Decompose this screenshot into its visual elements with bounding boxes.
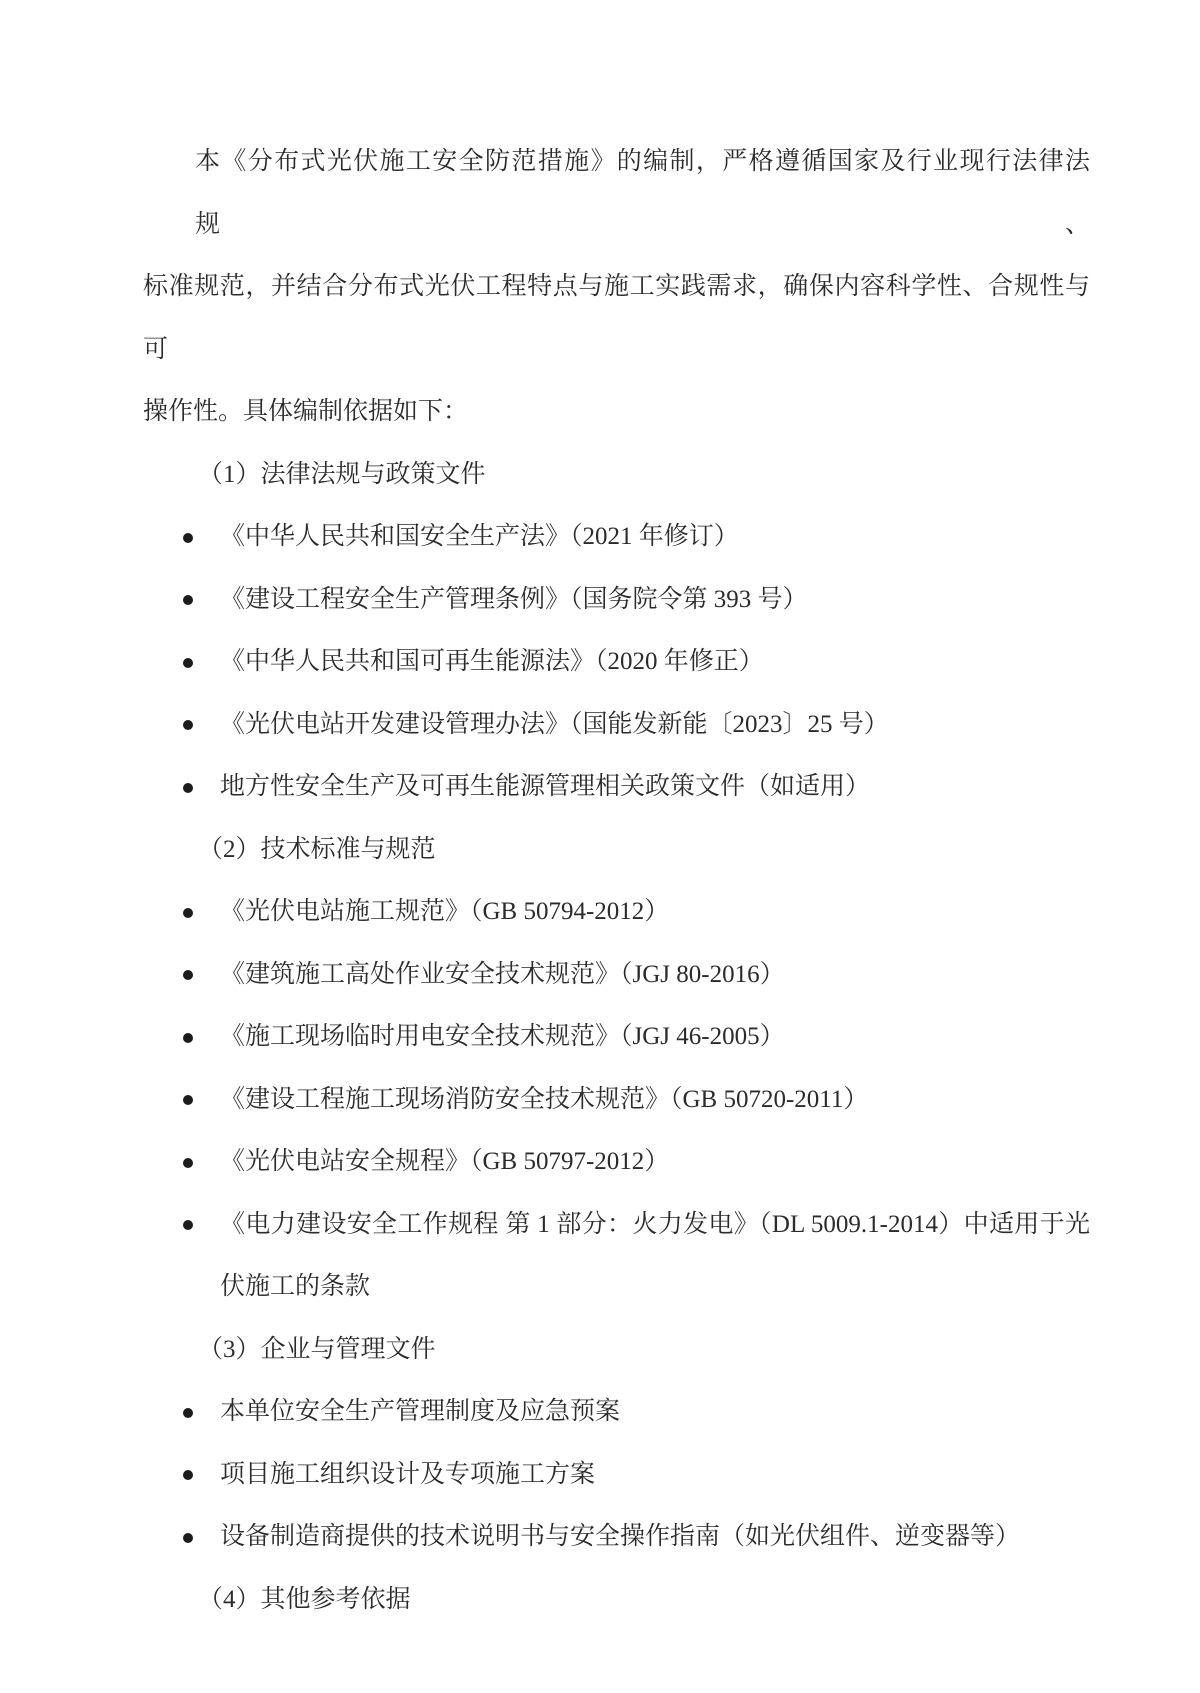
list-item: 《光伏电站安全规程》（GB 50797-2012） [143, 1131, 1090, 1194]
list-item: 地方性安全生产及可再生能源管理相关政策文件（如适用） [143, 756, 1090, 819]
bullet-icon [183, 1095, 193, 1105]
bullet-icon [183, 1220, 193, 1230]
list-item-text: 《光伏电站施工规范》（GB 50794-2012） [220, 881, 1090, 944]
list-item-text: 《电力建设安全工作规程 第 1 部分：火力发电》（DL 5009.1-2014）… [220, 1194, 1090, 1319]
list-item: 《施工现场临时用电安全技术规范》（JGJ 46-2005） [143, 1006, 1090, 1069]
list-item-text: 《施工现场临时用电安全技术规范》（JGJ 46-2005） [220, 1006, 1090, 1069]
list-item-text: 设备制造商提供的技术说明书与安全操作指南（如光伏组件、逆变器等） [220, 1506, 1090, 1569]
bullet-icon [183, 1158, 193, 1168]
bullet-icon [183, 720, 193, 730]
document-viewer: { "document": { "colors": { "background"… [0, 0, 1200, 1693]
intro-paragraph-line-2: 标准规范，并结合分布式光伏工程特点与施工实践需求，确保内容科学性、合规性与可 [143, 256, 1090, 381]
list-item-text: 《光伏电站安全规程》（GB 50797-2012） [220, 1131, 1090, 1194]
document-content: 本《分布式光伏施工安全防范措施》的编制，严格遵循国家及行业现行法律法规、 标准规… [143, 131, 1090, 1631]
list-item: 《建筑施工高处作业安全技术规范》（JGJ 80-2016） [143, 944, 1090, 1007]
bullet-icon [183, 1033, 193, 1043]
section-heading-legal: （1）法律法规与政策文件 [143, 444, 1090, 507]
list-item: 项目施工组织设计及专项施工方案 [143, 1444, 1090, 1507]
list-item: 本单位安全生产管理制度及应急预案 [143, 1381, 1090, 1444]
bullet-icon [183, 1408, 193, 1418]
list-item: 《中华人民共和国可再生能源法》（2020 年修正） [143, 631, 1090, 694]
list-item-text: 《中华人民共和国安全生产法》（2021 年修订） [220, 506, 1090, 569]
list-item-text: 本单位安全生产管理制度及应急预案 [220, 1381, 1090, 1444]
section-heading-other-references: （4）其他参考依据 [143, 1569, 1090, 1632]
list-item: 《电力建设安全工作规程 第 1 部分：火力发电》（DL 5009.1-2014）… [143, 1194, 1090, 1319]
list-item-text: 项目施工组织设计及专项施工方案 [220, 1444, 1090, 1507]
list-item: 《光伏电站开发建设管理办法》（国能发新能〔2023〕25 号） [143, 694, 1090, 757]
bullet-icon [183, 1470, 193, 1480]
bullet-icon [183, 1533, 193, 1543]
bullet-icon [183, 595, 193, 605]
intro-paragraph-line-3: 操作性。具体编制依据如下： [143, 381, 1090, 444]
list-item-text: 《建筑施工高处作业安全技术规范》（JGJ 80-2016） [220, 944, 1090, 1007]
document-page: 本《分布式光伏施工安全防范措施》的编制，严格遵循国家及行业现行法律法规、 标准规… [0, 0, 1200, 1693]
bullet-icon [183, 970, 193, 980]
list-item-text: 《光伏电站开发建设管理办法》（国能发新能〔2023〕25 号） [220, 694, 1090, 757]
list-item-text: 《建设工程施工现场消防安全技术规范》（GB 50720-2011） [220, 1069, 1090, 1132]
bullet-icon [183, 783, 193, 793]
list-item: 《中华人民共和国安全生产法》（2021 年修订） [143, 506, 1090, 569]
list-item: 设备制造商提供的技术说明书与安全操作指南（如光伏组件、逆变器等） [143, 1506, 1090, 1569]
list-item-text: 《建设工程安全生产管理条例》（国务院令第 393 号） [220, 569, 1090, 632]
section-heading-enterprise: （3）企业与管理文件 [143, 1319, 1090, 1382]
list-item-text: 地方性安全生产及可再生能源管理相关政策文件（如适用） [220, 756, 1090, 819]
section-heading-standards: （2）技术标准与规范 [143, 819, 1090, 882]
list-item: 《光伏电站施工规范》（GB 50794-2012） [143, 881, 1090, 944]
bullet-icon [183, 658, 193, 668]
bullet-icon [183, 533, 193, 543]
bullet-icon [183, 908, 193, 918]
intro-paragraph-line-1: 本《分布式光伏施工安全防范措施》的编制，严格遵循国家及行业现行法律法规、 [143, 131, 1090, 256]
list-item: 《建设工程施工现场消防安全技术规范》（GB 50720-2011） [143, 1069, 1090, 1132]
list-item-text: 《中华人民共和国可再生能源法》（2020 年修正） [220, 631, 1090, 694]
list-item: 《建设工程安全生产管理条例》（国务院令第 393 号） [143, 569, 1090, 632]
